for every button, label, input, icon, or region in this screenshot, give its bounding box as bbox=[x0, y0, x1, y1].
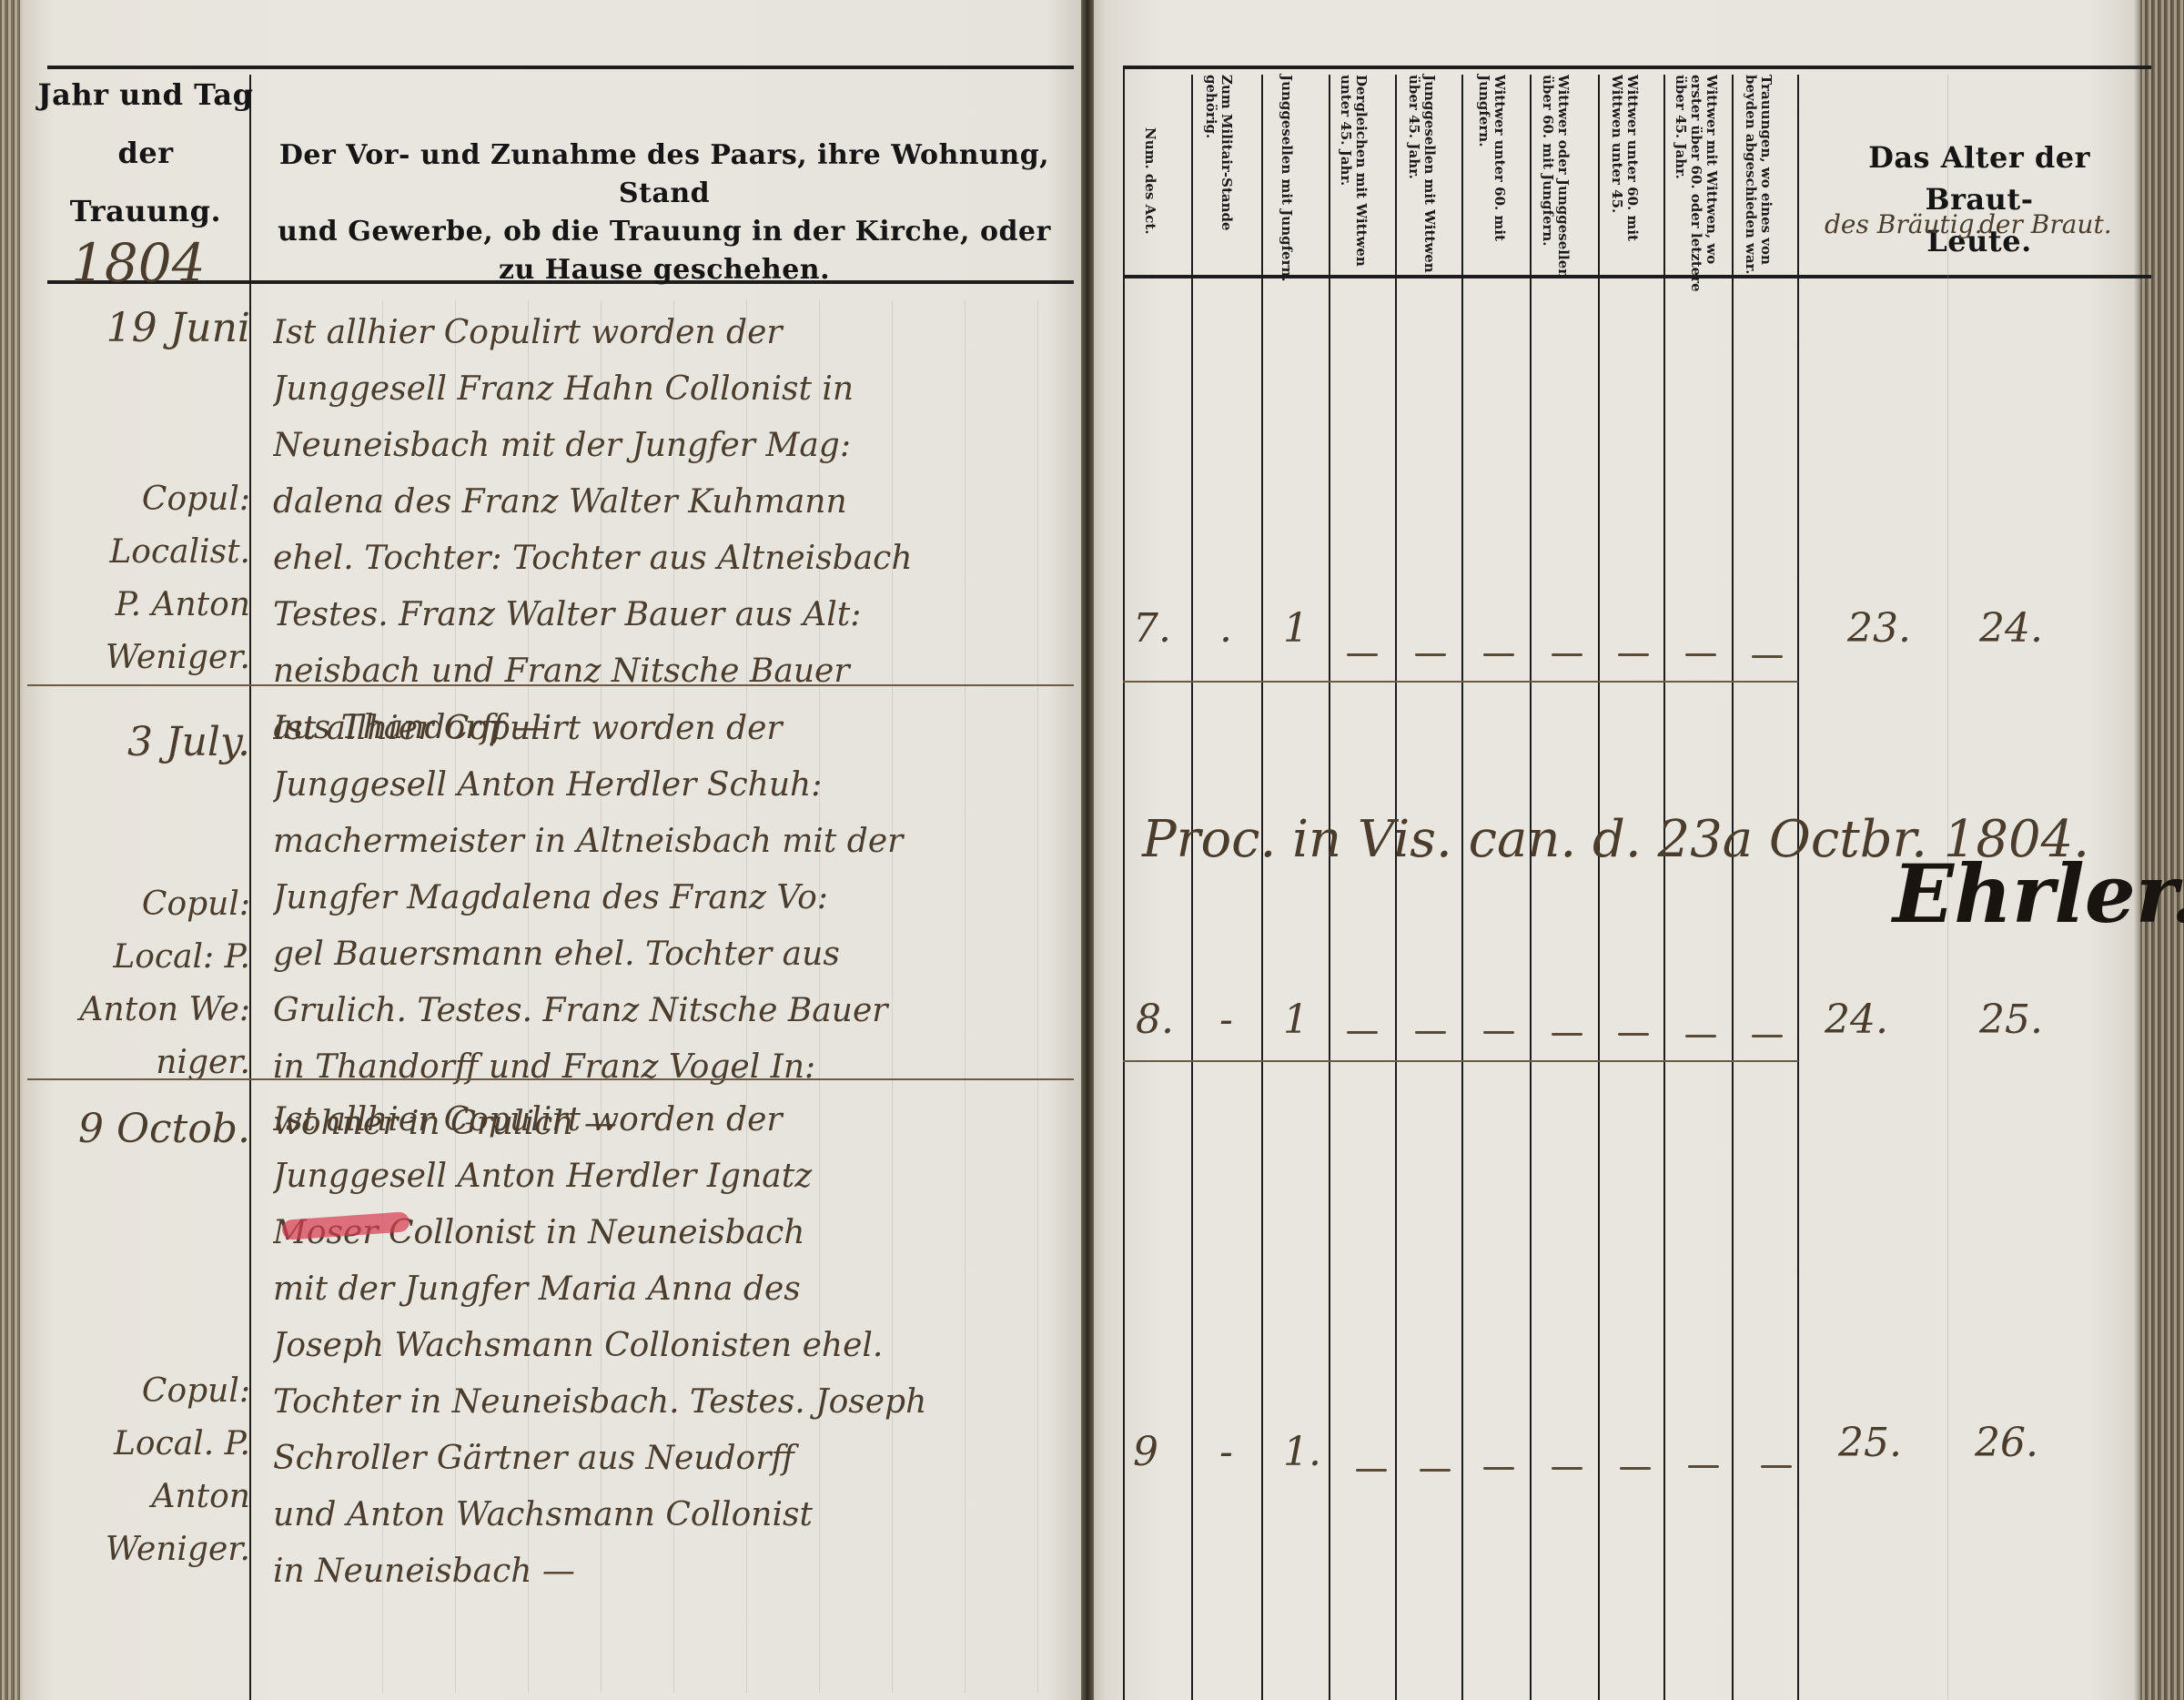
entry-text: Ist allhier Copulirt worden der Junggese… bbox=[273, 701, 1074, 1152]
entry-text: Ist allhier Copulirt worden der Junggese… bbox=[273, 1092, 1074, 1600]
header-age-line-1: Das Alter der Braut- bbox=[1825, 137, 2134, 220]
col-header-num: Num. des Act. bbox=[1142, 127, 1158, 346]
col-header-divorced: Trauungen, wo eines von beyden abgeschie… bbox=[1743, 75, 1774, 293]
entry-officiant: Copul: Local: P. Anton We: niger. bbox=[36, 878, 250, 1089]
row-groom-age: 24. bbox=[1825, 997, 1888, 1043]
entry-line: neisbach und Franz Nitsche Bauer bbox=[273, 643, 1074, 700]
col-header-widower-widow-over: Wittwer mit Wittwen, wo erster über 60. … bbox=[1673, 75, 1719, 293]
row-groom-age: 23. bbox=[1847, 605, 1911, 652]
row-num: 7. bbox=[1133, 605, 1171, 652]
right-header-top-rule bbox=[1123, 66, 2151, 69]
entry-date: 19 Juni bbox=[55, 305, 250, 351]
officiant-line: Copul: bbox=[36, 1365, 250, 1418]
entry-line: Junggesell Anton Herdler Ignatz bbox=[273, 1149, 1074, 1205]
header-couple-details: Der Vor- und Zunahme des Paars, ihre Woh… bbox=[264, 137, 1065, 289]
entry-line: Testes. Franz Walter Bauer aus Alt: bbox=[273, 587, 1074, 643]
officiant-line: Local: P. bbox=[36, 931, 250, 984]
col-header-bachelors-maidens: Junggesellen mit Jungfern. bbox=[1279, 75, 1294, 293]
officiant-line: Weniger. bbox=[36, 1523, 250, 1576]
age-subheader-groom: des Bräutig. bbox=[1825, 209, 1982, 239]
officiant-line: Weniger. bbox=[36, 632, 250, 684]
header-names-line-1: Der Vor- und Zunahme des Paars, ihre Woh… bbox=[264, 137, 1065, 213]
header-names-line-2: und Gewerbe, ob die Trauung in der Kirch… bbox=[264, 213, 1065, 251]
entry-line: Grulich. Testes. Franz Nitsche Bauer bbox=[273, 983, 1074, 1039]
age-subheader-bride: der Braut. bbox=[1979, 209, 2112, 239]
header-names-line-3: zu Hause geschehen. bbox=[264, 251, 1065, 289]
row-bachelors-maidens: 1 bbox=[1283, 997, 1309, 1043]
entry-line: Tochter in Neuneisbach. Testes. Joseph bbox=[273, 1374, 1074, 1431]
officiant-line: Anton bbox=[36, 1471, 250, 1523]
entry-line: in Neuneisbach — bbox=[273, 1543, 1074, 1600]
entry-date: 9 Octob. bbox=[55, 1106, 250, 1152]
row-bachelors-maidens: 1. bbox=[1283, 1429, 1321, 1475]
header-year-day: Jahr und Tag der Trauung. bbox=[36, 66, 255, 240]
row-bride-age: 24. bbox=[1979, 605, 2043, 652]
officiant-line: Local. P. bbox=[36, 1418, 250, 1471]
entry-line: Jungfer Magdalena des Franz Vo: bbox=[273, 870, 1074, 926]
entry-line: mit der Jungfer Maria Anna des bbox=[273, 1261, 1074, 1318]
row-num: 9 bbox=[1133, 1429, 1158, 1475]
row-separator bbox=[1123, 681, 1798, 683]
entry-line: Neuneisbach mit der Jungfer Mag: bbox=[273, 418, 1074, 474]
col-header-military: Zum Militair-Stande gehörig. bbox=[1203, 75, 1234, 293]
header-year-day-line-1: Jahr und Tag bbox=[36, 66, 255, 124]
officiant-line: P. Anton bbox=[36, 579, 250, 632]
officiant-line: Copul: bbox=[36, 473, 250, 526]
signature: Ehrler. bbox=[1893, 846, 2184, 941]
row-groom-age: 25. bbox=[1838, 1420, 1902, 1466]
col-header-widows-under-45: Dergleichen mit Wittwen unter 45. Jahr. bbox=[1338, 75, 1369, 293]
row-military: - bbox=[1219, 997, 1233, 1043]
row-military: - bbox=[1219, 1429, 1233, 1475]
entry-line: Joseph Wachsmann Collonisten ehel. bbox=[273, 1318, 1074, 1374]
book-gutter bbox=[1081, 0, 1094, 1700]
entry-line: Ist allhier Copulirt worden der bbox=[273, 305, 1074, 361]
officiant-line: Anton We: bbox=[36, 984, 250, 1037]
header-age: Das Alter der Braut- Leute. bbox=[1825, 137, 2134, 262]
header-year-day-line-2: der bbox=[36, 124, 255, 182]
col-header-widowers-under-60: Wittwer unter 60. mit Jungfern. bbox=[1476, 75, 1507, 293]
row-bride-age: 26. bbox=[1975, 1420, 2038, 1466]
entry-line: dalena des Franz Walter Kuhmann bbox=[273, 474, 1074, 531]
entry-line: und Anton Wachsmann Collonist bbox=[273, 1487, 1074, 1543]
year-written: 1804 bbox=[71, 232, 206, 294]
entry-officiant: Copul: Localist. P. Anton Weniger. bbox=[36, 473, 250, 684]
entry-line: Ist allhier Copulirt worden der bbox=[273, 1092, 1074, 1149]
row-separator bbox=[1123, 1060, 1798, 1062]
row-military: . bbox=[1219, 605, 1232, 652]
open-register-book: Jahr und Tag der Trauung. 1804 Der Vor- … bbox=[0, 0, 2184, 1700]
entry-separator bbox=[27, 1078, 1074, 1080]
row-num: 8. bbox=[1136, 997, 1174, 1043]
officiant-line: Localist. bbox=[36, 526, 250, 579]
col-header-widows-over-45: Junggesellen mit Wittwen über 45. Jahr. bbox=[1406, 75, 1437, 293]
entry-line: in Thandorff und Franz Vogel In: bbox=[273, 1039, 1074, 1096]
entry-line: ehel. Tochter: Tochter aus Altneisbach bbox=[273, 531, 1074, 587]
entry-date: 3 July. bbox=[55, 719, 250, 765]
entry-line: gel Bauersmann ehel. Tochter aus bbox=[273, 926, 1074, 983]
entry-line: Schroller Gärtner aus Neudorff bbox=[273, 1431, 1074, 1487]
officiant-line: Copul: bbox=[36, 878, 250, 931]
entry-line: Junggesell Franz Hahn Collonist in bbox=[273, 361, 1074, 418]
col-header-widower-widow-under: Wittwer unter 60. mit Wittwen unter 45. bbox=[1609, 75, 1640, 293]
col-header-over-60-maidens: Wittwer oder Junggesellen über 60. mit J… bbox=[1540, 75, 1571, 293]
entry-text: Ist allhier Copulirt worden der Junggese… bbox=[273, 305, 1074, 756]
officiant-line: niger. bbox=[36, 1037, 250, 1089]
left-page-edges bbox=[0, 0, 20, 1700]
entry-line: Junggesell Anton Herdler Schuh: bbox=[273, 757, 1074, 814]
row-bride-age: 25. bbox=[1979, 997, 2043, 1043]
entry-line: machermeister in Altneisbach mit der bbox=[273, 814, 1074, 870]
entry-officiant: Copul: Local. P. Anton Weniger. bbox=[36, 1365, 250, 1576]
entry-separator bbox=[27, 684, 1074, 686]
row-bachelors-maidens: 1 bbox=[1283, 605, 1309, 652]
entry-line: Ist allhier Copulirt worden der bbox=[273, 701, 1074, 757]
